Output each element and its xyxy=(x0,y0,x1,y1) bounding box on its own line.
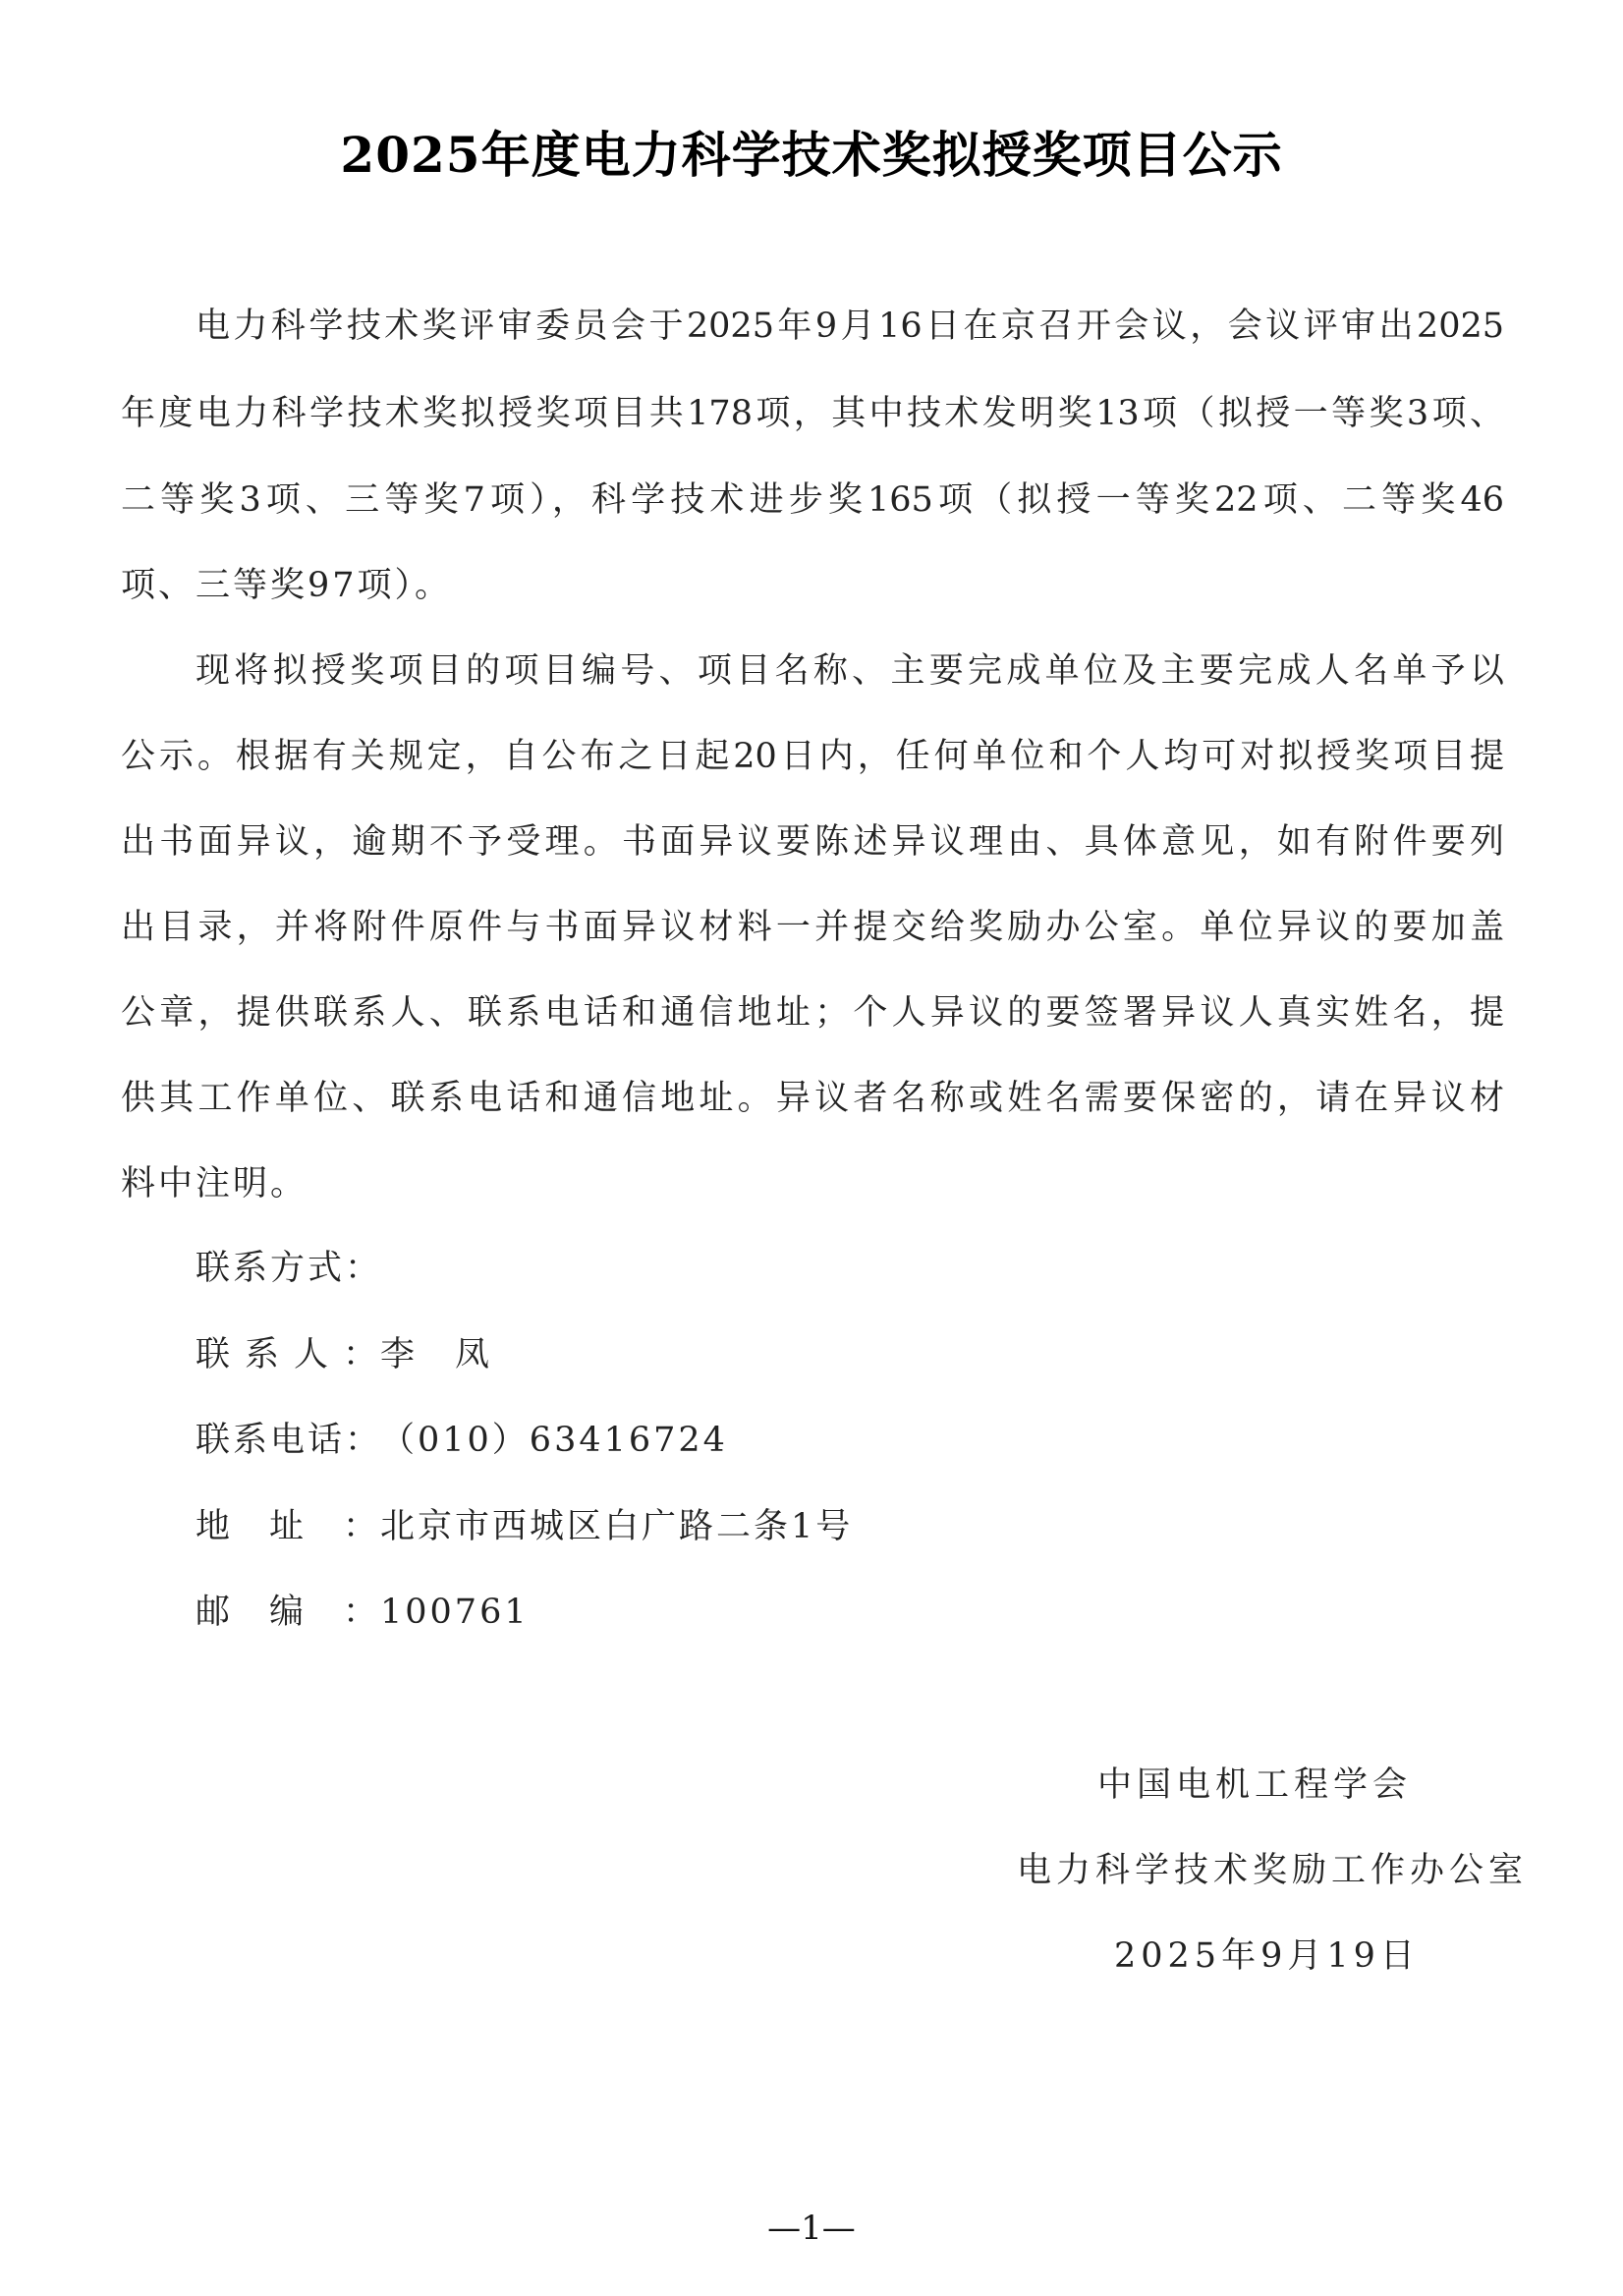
contact-heading-label: 联系方式： xyxy=(196,1249,382,1288)
contact-person-value: 李 凤 xyxy=(380,1335,492,1374)
contact-postcode-value: 100761 xyxy=(380,1593,530,1632)
contact-phone-value: （010）63416724 xyxy=(380,1421,728,1460)
paragraph-line: 出书面异议，逾期不予受理。书面异议要陈述异议理由、具体意见，如有附件要列 xyxy=(121,820,1504,864)
contact-postcode: 邮编：100761 xyxy=(196,1591,530,1634)
paragraph-line: 二等奖3项、三等奖7项），科学技术进步奖165项（拟授一等奖22项、二等奖46 xyxy=(121,478,1504,522)
paragraph-line: 项、三等奖97项）。 xyxy=(121,564,452,607)
paragraph-line: 年度电力科学技术奖拟授奖项目共178项，其中技术发明奖13项（拟授一等奖3项、 xyxy=(121,392,1504,435)
page-title: 2025年度电力科学技术奖拟授奖项目公示 xyxy=(0,126,1623,185)
contact-address-value: 北京市西城区白广路二条1号 xyxy=(380,1507,853,1546)
contact-person-label: 联系人： xyxy=(196,1333,380,1376)
paragraph-line: 电力科学技术奖评审委员会于2025年9月16日在京召开会议，会议评审出2025 xyxy=(196,305,1504,348)
paragraph-line: 供其工作单位、联系电话和通信地址。异议者名称或姓名需要保密的，请在异议材 xyxy=(121,1077,1504,1120)
contact-heading: 联系方式： xyxy=(196,1247,382,1290)
paragraph-line: 出目录，并将附件原件与书面异议材料一并提交给奖励办公室。单位异议的要加盖 xyxy=(121,906,1504,949)
signature-office: 电力科学技术奖励工作办公室 xyxy=(1017,1849,1528,1892)
paragraph-line: 公章，提供联系人、联系电话和通信地址；个人异议的要签署异议人真实姓名，提 xyxy=(121,991,1504,1035)
contact-phone-label: 联系电话： xyxy=(196,1419,380,1462)
paragraph-line: 料中注明。 xyxy=(121,1162,308,1205)
contact-person: 联系人：李 凤 xyxy=(196,1333,492,1376)
contact-address-label: 地址： xyxy=(196,1505,380,1548)
signature-organization: 中国电机工程学会 xyxy=(1097,1764,1412,1807)
contact-phone: 联系电话：（010）63416724 xyxy=(196,1419,728,1462)
paragraph-line: 公示。根据有关规定，自公布之日起20日内，任何单位和个人均可对拟授奖项目提 xyxy=(121,735,1504,778)
contact-address: 地址：北京市西城区白广路二条1号 xyxy=(196,1505,853,1548)
signature-date: 2025年9月19日 xyxy=(1114,1934,1420,1978)
page-number: —1— xyxy=(0,2209,1623,2248)
paragraph-line: 现将拟授奖项目的项目编号、项目名称、主要完成单位及主要完成人名单予以 xyxy=(196,649,1504,693)
contact-postcode-label: 邮编： xyxy=(196,1591,380,1634)
